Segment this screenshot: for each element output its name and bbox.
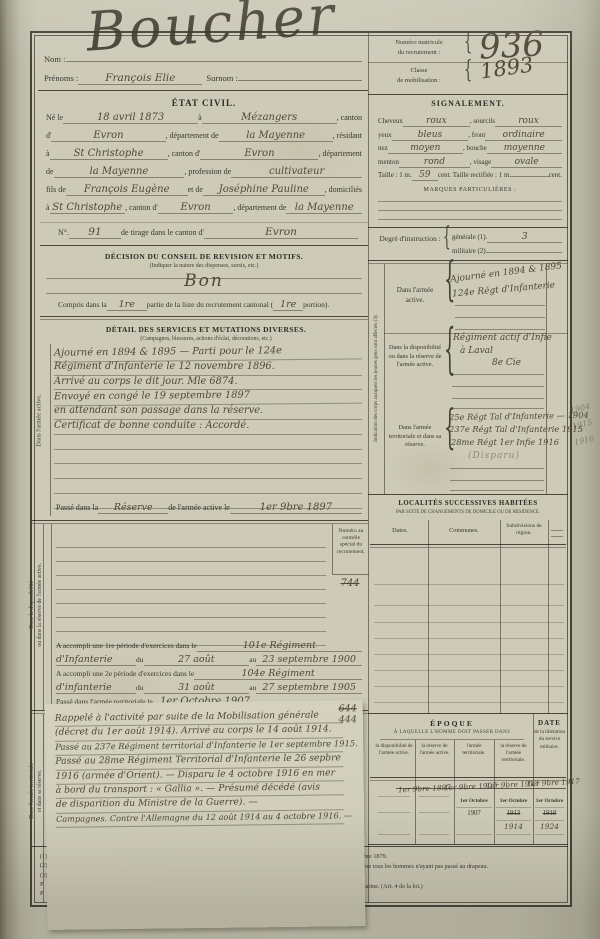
signalement-block: Cheveuxroux , sourcilsroux yeuxbleus , f… [378,116,562,184]
services-subtitle: (Campagnes, blessures, actions d'éclat, … [48,336,364,342]
service-line: Ajourné en 1894 & 1895 — Parti pour le 1… [54,344,362,362]
rule [368,494,568,495]
rule [378,201,562,202]
controle-value: 744 [334,578,366,589]
controle-label: Numéro au contrôle spécial du recrutemen… [334,525,367,555]
ec-line-3: àSt Christophe , canton d'Evron , départ… [46,148,362,166]
ec-line-4: dela Mayenne , profession decultivateur [46,166,362,184]
rule [32,520,368,521]
tirage-canton: Evron [204,226,358,239]
epoque-col2-header: la réserve de l'armée active. [416,743,453,757]
sig-row-taille: Taille : 1 m.59 cent. Taille rectifiée :… [378,170,562,184]
rule [450,490,544,491]
localites-title: LOCALITÉS SUCCESSIVES HABITÉES [368,500,568,507]
localites-col-subdivisions: Subdivisions de région. [500,523,548,538]
localites-col-dates: Dates. [372,527,428,534]
dash [378,834,410,835]
rule [380,739,524,740]
rule [450,468,544,469]
classe-brace [464,55,472,85]
rule [496,807,531,808]
nom-label: Nom : [44,54,66,64]
epoque-hw-liberation: 1er 9bre 1917 [527,777,580,789]
localites-colrule [500,520,501,713]
rule [368,713,568,714]
rule [455,305,545,306]
compris-row: Compris dans la 1re partie de la liste d… [58,299,360,311]
services-title: DÉTAIL DES SERVICES ET MUTATIONS DIVERSE… [48,325,364,334]
dash [535,834,564,835]
rule [452,386,544,387]
prenoms-label: Prénoms : [44,73,78,83]
localites-colrule [428,520,429,713]
epoque-col4-header: la réserve de l'armée territoriale. [495,743,532,764]
localites-row-rule [374,584,564,585]
service-line: Envoyé en congé le 19 septembre 1897 [54,389,362,406]
localites-row-rule [374,638,564,639]
periode2-row2: d'infanterie du 31 août au 27 septembre … [56,682,362,696]
dash [456,834,492,835]
corps-right-rule [546,264,547,494]
epoque-year-terr: 1907 [455,810,493,817]
epoque-col3-header: l'armée territoriale. [455,743,493,757]
ec-line-1: Né le18 avril 1873 àMézangers , canton [46,112,362,130]
sidebar-armee-active: Dans l'armée active. [36,345,45,495]
signalement-title: SIGNALEMENT. [368,99,568,108]
sig-row-4: mentonrond , visageovale [378,157,562,171]
dash [419,796,449,797]
localites-row-rule [374,654,564,655]
sidebar-disponibilite: Dans la disponibilité ou dans la réserve… [29,530,45,680]
instruction-militaire-row: militaire (2). [452,247,562,255]
localites-row-rule [374,686,564,687]
tirage-number: 91 [69,226,121,239]
sidebar-territoriale: Dans l'armée territoriale et dans sa rés… [29,716,45,866]
rule [370,544,566,545]
slip-text: Rappelé à l'activité par suite de la Mob… [55,709,344,828]
periode1-row1: A accompli une 1re période d'exercices d… [56,640,362,654]
dash [419,812,449,813]
rule [46,293,362,294]
reserve-empty-lines [56,534,326,646]
column-divider [368,33,369,903]
matricule-brace [464,27,472,57]
corps-dispo-line: 8e Cie [492,358,521,368]
instruction-generale-row: générale (1). 3 [452,231,562,243]
margin-year: 1916 [573,434,595,448]
localites-col-communes: Communes. [428,527,500,534]
rule [368,260,568,261]
epoque-year-resterr-new: 1914 [495,822,532,831]
corps-dispo-line: Régiment actif d'Infie [453,333,552,343]
sidebar-rule [51,524,52,710]
rule [452,374,544,375]
classe-label: Classe de mobilisation : [374,66,464,86]
dash [419,834,449,835]
rule [378,219,562,220]
corps-terr-line: (Disparu) [468,451,520,461]
localites-row-rule [374,622,564,623]
corps-dispo-line: à Laval [460,346,493,356]
rule [368,844,568,845]
corps-terr-label: Dans l'armée territoriale et dans sa rés… [387,424,443,450]
rule [452,408,544,409]
dash [496,834,531,835]
slip-line: Campagnes. Contre l'Allemagne du 12 août… [56,810,344,828]
services-block: Ajourné en 1894 & 1895 — Parti pour le 1… [54,346,362,509]
ec-line-6: àSt Christophe , canton d'Evron , départ… [46,202,362,220]
instruction-label: Degré d'instruction : [378,234,442,245]
surnom-line [238,80,362,81]
rule [40,319,368,320]
classe-rule [368,94,568,95]
rule [370,547,566,548]
corps-active-label: Dans l'armée active. [387,286,443,306]
epoque-stamp-2: 1er Octobre [495,798,532,804]
rule [450,480,544,481]
conseil-title: DÉCISION DU CONSEIL DE REVISION ET MOTIF… [40,252,368,261]
epoque-year-resterr-old: 1913 [495,810,532,817]
sig-row-2: yeuxbleus , frontordinaire [378,130,562,144]
rule [455,317,545,318]
sidebar-rule [50,344,51,516]
rule [452,398,544,399]
strike-line [396,788,566,789]
marques-label: MARQUES PARTICULIÈRES : [378,187,562,193]
localites-row-rule [374,702,564,703]
epoque-date-title: DATE [533,719,566,727]
instruction-generale-value: 3 [487,231,562,243]
corps-terr-line: 28me Régt 1er Infie 1916 [451,437,559,447]
rule [368,227,568,228]
localites-narrow-mark [551,536,563,537]
sidebar-corps-affectes: Indication des corps auxquels les jeunes… [373,285,380,470]
instruction-brace [443,221,451,254]
etat-civil-block: Né le18 avril 1873 àMézangers , canton d… [46,112,362,220]
corps-dispo-label: Dans la disponibilité ou dans la réserve… [387,344,443,370]
rule [40,316,368,317]
dash [378,796,410,797]
periode1-row2: d'Infanterie du 27 août au 23 septembre … [56,654,362,668]
corps-terr-line: 237e Régt Tal d'Infanterie 1915 [449,424,583,434]
conseil-decision: Bon [40,271,368,291]
periode2-row1: A accompli une 2e période d'exercices da… [56,668,362,682]
epoque-subtitle: À LAQUELLE L'HOMME DOIT PASSER DANS [372,730,532,735]
corps-dispo-brace [444,319,455,382]
rule [535,807,564,808]
dash [378,812,410,813]
epoque-year-lib-old: 1918 [533,810,566,817]
epoque-stamp-1: 1er Octobre [455,798,493,804]
localites-subtitle: PAR SUITE DE CHANGEMENTS DE DOMICILE OU … [373,510,563,515]
service-line: Régiment d'Infanterie le 12 novembre 189… [54,361,362,376]
prenoms-row: Prénoms : François Elie Surnom : [44,72,362,85]
sig-row-1: Cheveuxroux , sourcilsroux [378,116,562,130]
localites-row-rule [374,605,564,606]
prenoms-value: François Elie [78,72,202,85]
passe-reserve-row: Passé dans la Réserve de l'armée active … [56,502,362,514]
rule [40,245,368,246]
conseil-subtitle: (Indiquer la nature des dispenses, sursi… [40,263,368,269]
rule [32,523,368,524]
ec-line-5: fils deFrançois Eugène et deJoséphine Pa… [46,184,362,202]
matricule-label: Numéro matricule du recrutement : [374,38,464,58]
rule [378,210,562,211]
epoque-title: ÉPOQUE [372,719,532,728]
localites-row-rule [374,670,564,671]
rule [40,222,368,223]
rule [456,807,492,808]
etat-civil-title: ÉTAT CIVIL. [40,98,368,108]
sig-row-3: nezmoyen , bouchemoyenne [378,143,562,157]
localites-colrule [548,520,549,713]
rule [455,329,545,330]
epoque-stamp-3: 1er Octobre [533,798,566,804]
header-rule [38,90,368,91]
tirage-row: N°. 91 de tirage dans le canton d' Evron [58,226,358,239]
epoque-year-lib-new: 1924 [533,822,566,831]
pasted-slip: 644 444 Rappelé à l'activité par suite d… [45,700,366,930]
corps-inner-rule [384,264,385,494]
epoque-col1-header: la disponibilité de l'armée active. [375,743,413,757]
scanned-military-record: Nom : Boucher Prénoms : François Elie Su… [0,0,600,939]
controle-box: Numéro au contrôle spécial du recrutemen… [332,524,369,575]
surnom-label: Surnom : [206,73,237,83]
rule [535,820,564,821]
epoque-date-sub: de la libération du service militaire. [533,729,566,751]
localites-narrow-mark [551,530,563,531]
rule [496,820,531,821]
ec-line-2: d'Evron , département dela Mayenne , rés… [46,130,362,148]
service-line: Certificat de bonne conduite : Accordé. [54,420,362,435]
periodes-block: A accompli une 1re période d'exercices d… [56,640,362,710]
service-line: en attendant son passage dans la réserve… [54,405,362,420]
